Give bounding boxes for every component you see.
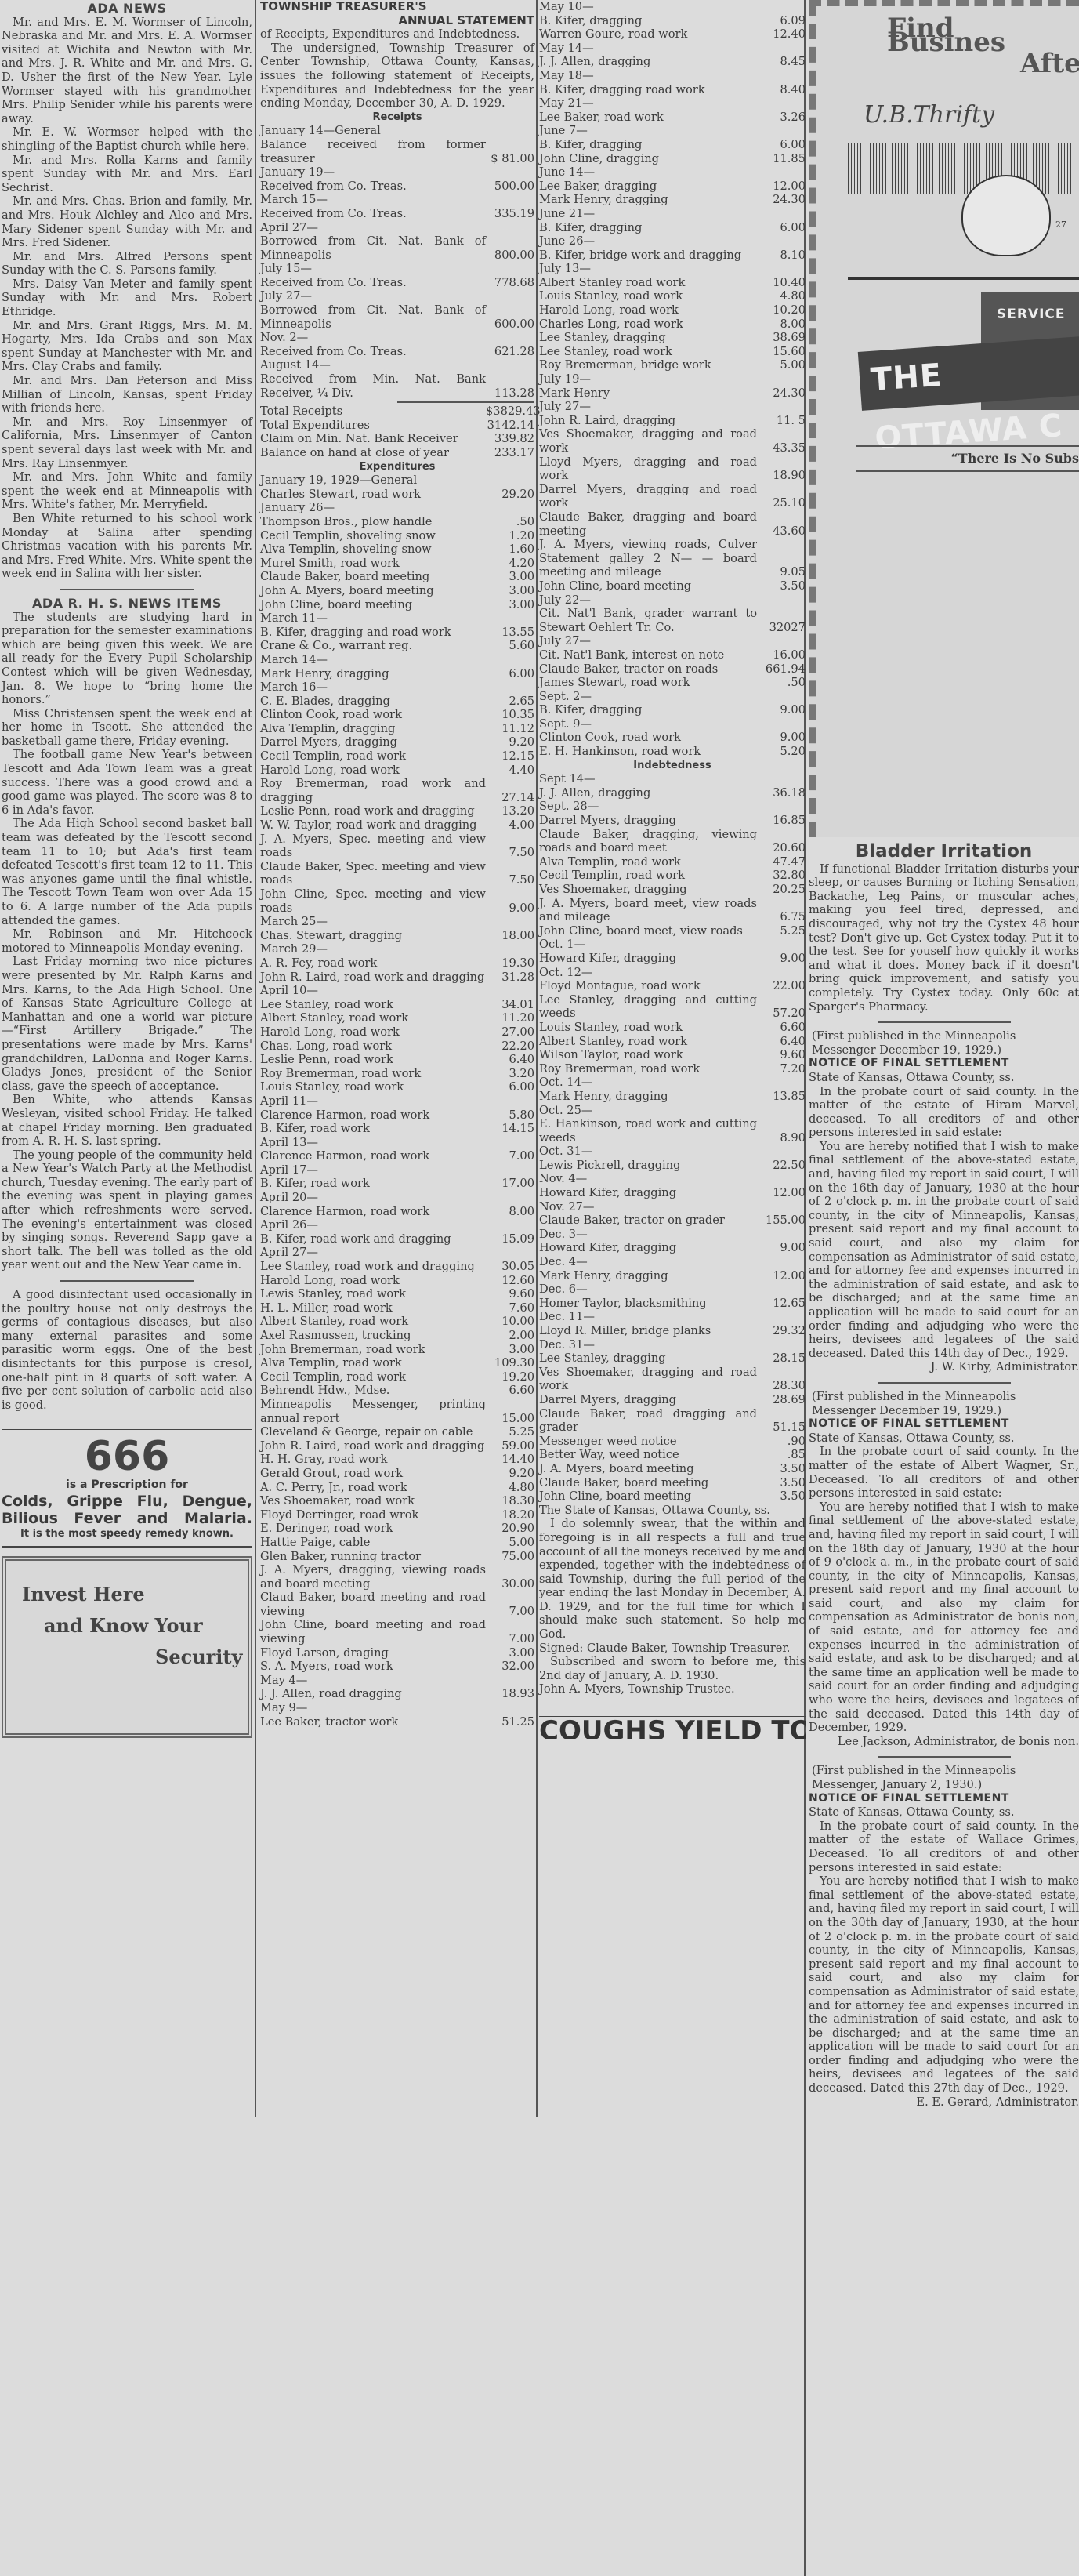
notice-state: State of Kansas, Ottawa County, ss. (809, 1431, 1079, 1446)
ledger-amount: 10.20 (757, 303, 806, 317)
ledger-amount: 7.00 (486, 1605, 534, 1619)
separator-rule (878, 1756, 1011, 1758)
ledger-amount: 47.47 (757, 855, 806, 869)
ledger-description: Received from Co. Treas. (260, 180, 486, 194)
ledger-row: Floyd Derringer, road wrok18.20 (260, 1508, 534, 1522)
notice-state: State of Kansas, Ottawa County, ss. (809, 1805, 1079, 1820)
ledger-description: Claude Baker, board meeting (539, 1476, 757, 1490)
statement-subtitle: of Receipts, Expenditures and Indebtedne… (260, 27, 534, 42)
ledger-row: B. Kifer, bridge work and dragging8.10 (539, 249, 806, 263)
notice-signer: E. E. Gerard, Administrator. (809, 2095, 1079, 2110)
ledger-amount: 6.00 (486, 667, 534, 681)
ledger-amount: .90 (757, 1435, 806, 1449)
ledger-amount: 6.60 (486, 1384, 534, 1398)
ledger-description: Howard Kifer, dragging (539, 1241, 757, 1255)
ledger-amount: 31.28 (486, 971, 534, 985)
thrifty-bank-advertisement: Find Busines Afte U.B.Thrifty 27 SERVICE… (809, 0, 1079, 837)
ledger-row: H. H. Gray, road work14.40 (260, 1453, 534, 1467)
ledger-amount: 11. 5 (757, 414, 806, 428)
article-heading: ADA NEWS (2, 2, 252, 16)
thrifty-signature: U.B.Thrifty (864, 108, 994, 122)
ledger-amount: 12.40 (757, 27, 806, 42)
publication-note: (First published in the Minneapolis Mess… (809, 1390, 1079, 1417)
ledger-row: Wilson Taylor, road work9.60 (539, 1048, 806, 1062)
ledger-date: July 15— (260, 262, 534, 276)
ledger-row: John R. Laird, dragging11. 5 (539, 414, 806, 428)
ledger-row: Lee Stanley, road work15.60 (539, 345, 806, 359)
ledger-description: Chas. Stewart, dragging (260, 929, 486, 943)
ledger-row: Lee Stanley, dragging and cutting weeds5… (539, 993, 806, 1021)
ledger-description: Alva Templin, road work (260, 1356, 486, 1370)
ledger-amount: 18.90 (757, 469, 806, 483)
ledger-description: Roy Bremerman, road work (539, 1062, 757, 1076)
ledger-amount: 9.60 (757, 1048, 806, 1062)
ledger-description: Murel Smith, road work (260, 557, 486, 571)
ledger-date: Dec. 4— (539, 1255, 806, 1269)
ledger-description: B. Kifer, dragging (539, 221, 757, 235)
ledger-description: Louis Stanley, road work (260, 1080, 486, 1094)
ledger-row: E. Hankinson, road work and cutting weed… (539, 1117, 806, 1145)
ledger-description: Chas. Long, road work (260, 1039, 486, 1054)
ledger-amount: 19.30 (486, 956, 534, 971)
oath-state: The State of Kansas, Ottawa County, ss. (539, 1504, 806, 1518)
ledger-amount: 600.00 (486, 317, 534, 332)
ledger-amount: 113.28 (486, 386, 534, 401)
ledger-description: Cleveland & George, repair on cable (260, 1425, 486, 1439)
ledger-date: Nov. 4— (539, 1172, 806, 1186)
ledger-row: E. H. Hankinson, road work5.20 (539, 745, 806, 759)
ledger-amount: .50 (757, 676, 806, 690)
ledger-description: Mark Henry, dragging (539, 1090, 757, 1104)
ledger-amount: 59.00 (486, 1439, 534, 1453)
ledger-date: Sept. 2— (539, 690, 806, 704)
statement-intro: The undersigned, Township Treasurer of C… (260, 42, 534, 111)
ledger-amount: 109.30 (486, 1356, 534, 1370)
notice-state: State of Kansas, Ottawa County, ss. (809, 1071, 1079, 1085)
ledger-description: Roy Bremerman, road work and dragging (260, 777, 486, 804)
ledger-row: H. L. Miller, road work7.60 (260, 1301, 534, 1315)
illness-word: Flu, (137, 1493, 168, 1510)
ledger-description: John Cline, board meeting (539, 1489, 757, 1504)
ledger-row: Albert Stanley, road work11.20 (260, 1011, 534, 1025)
ledger-description: J. A. Myers, board meet, view roads and … (539, 897, 757, 924)
ledger-description: Crane & Co., warrant reg. (260, 639, 486, 653)
ledger-amount: 335.19 (486, 207, 534, 221)
ledger-row: Mark Henry24.30 (539, 386, 806, 401)
ledger-date: June 21— (539, 207, 806, 221)
ledger-amount: 3.50 (757, 1462, 806, 1476)
ledger-description: Cecil Templin, road work (539, 869, 757, 883)
ledger-amount: 5.80 (486, 1108, 534, 1123)
ledger-description: Received from Co. Treas. (260, 345, 486, 359)
paragraph: Ben White returned to his school work Mo… (2, 512, 252, 581)
ledger-date: Sept. 9— (539, 717, 806, 731)
ad-slogan: “There Is No Subs (856, 445, 1079, 472)
ledger-date: Dec. 3— (539, 1228, 806, 1242)
paragraph: Mr. and Mrs. Rolla Karns and family spen… (2, 154, 252, 195)
ledger-amount: 22.00 (757, 979, 806, 993)
ledger-row: Darrel Myers, dragging9.20 (260, 735, 534, 749)
ledger-description: J. A. Myers, dragging, viewing roads and… (260, 1563, 486, 1591)
ledger-amount: 621.28 (486, 345, 534, 359)
ledger-date: April 27— (260, 1246, 534, 1260)
ledger-date: Oct. 12— (539, 966, 806, 980)
ledger-row: Cecil Templin, road work12.15 (260, 749, 534, 764)
ledger-description: Alva Templin, road work (539, 855, 757, 869)
ledger-row: Lee Stanley, road work and dragging30.05 (260, 1260, 534, 1274)
separator-rule (878, 1021, 1011, 1023)
ledger-row: John Cline, board meeting3.00 (260, 598, 534, 612)
ledger-amount: 20.90 (486, 1522, 534, 1536)
ad-666-illness-row: Colds,GrippeFlu,Dengue, (2, 1493, 252, 1510)
ledger-date: July 13— (539, 262, 806, 276)
paragraph: Mr. and Mrs. E. M. Wormser of Lincoln, N… (2, 16, 252, 126)
ledger-date: May 4— (260, 1674, 534, 1688)
ledger-amount: 9.60 (486, 1287, 534, 1301)
ledger-description: H. L. Miller, road work (260, 1301, 486, 1315)
ad-666-subtitle: is a Prescription for (2, 1478, 252, 1493)
ledger-row: Minneapolis Messenger, printing annual r… (260, 1398, 534, 1425)
ledger-description: Clarence Harmon, road work (260, 1108, 486, 1123)
ledger-row: B. Kifer, dragging6.09 (539, 14, 806, 28)
newspaper-page: ADA NEWS Mr. and Mrs. E. M. Wormser of L… (0, 0, 1079, 2576)
invest-line-2: and Know Your (44, 1619, 203, 1633)
ledger-description: Lee Stanley, road work (539, 345, 757, 359)
ledger-row: Lee Baker, tractor work51.25 (260, 1715, 534, 1729)
ledger-amount: 9.20 (486, 1467, 534, 1481)
ledger-row: Cecil Templin, road work19.20 (260, 1370, 534, 1384)
ledger-row: Glen Baker, running tractor75.00 (260, 1550, 534, 1564)
ledger-row: James Stewart, road work.50 (539, 676, 806, 690)
ledger-description: Mark Henry (539, 386, 757, 401)
ledger-description: Alva Templin, shoveling snow (260, 542, 486, 557)
ledger-description: H. H. Gray, road work (260, 1453, 486, 1467)
paragraph: Miss Christensen spent the week end at h… (2, 707, 252, 749)
ledger-amount: 3142.14 (486, 419, 534, 433)
ledger-amount: 30.05 (486, 1260, 534, 1274)
ledger-description: Lee Baker, dragging (539, 180, 757, 194)
ledger-description: B. Kifer, dragging (539, 14, 757, 28)
ledger-row: J. J. Allen, dragging8.45 (539, 55, 806, 69)
ledger-row: J. A. Myers, board meeting3.50 (539, 1462, 806, 1476)
paragraph: The Ada High School second basket ball t… (2, 817, 252, 927)
ledger-row: John Cline, board meeting3.50 (539, 579, 806, 593)
ledger-description: Ves Shoemaker, dragging and road work (539, 427, 757, 455)
ledger-date: April 17— (260, 1163, 534, 1177)
ledger-row: B. Kifer, dragging6.00 (539, 138, 806, 152)
illness-word: Grippe (67, 1493, 123, 1510)
ledger-amount: 5.00 (486, 1536, 534, 1550)
ledger-row: Claude Baker, tractor on roads661.94 (539, 662, 806, 677)
separator-rule (60, 1280, 194, 1282)
ledger-row: B. Kifer, dragging road work8.40 (539, 83, 806, 97)
ledger-amount: 3.26 (757, 111, 806, 125)
ledger-description: Harold Long, road work (260, 1274, 486, 1288)
ledger-description: Received from Min. Nat. Bank Receiver, ¼… (260, 372, 486, 400)
ledger-amount: 3.00 (486, 570, 534, 584)
ledger-amount: 6.60 (757, 1021, 806, 1035)
oath-text: I do solemnly swear, that the within and… (539, 1517, 806, 1641)
statement-title-2: ANNUAL STATEMENT (260, 14, 534, 28)
ledger-amount: 27.14 (486, 791, 534, 805)
paragraph: Last Friday morning two nice pictures we… (2, 955, 252, 1093)
ledger-row: Received from Co. Treas.621.28 (260, 345, 534, 359)
ledger-date: March 16— (260, 680, 534, 695)
ledger-row: B. Kifer, dragging6.00 (539, 221, 806, 235)
ledger-row: Total Receipts$3829.43 (260, 405, 534, 419)
ledger-description: Behrendt Hdw., Mdse. (260, 1384, 486, 1398)
ledger-row: John R. Laird, road work and dragging59.… (260, 1439, 534, 1453)
ledger-date: Dec. 6— (539, 1283, 806, 1297)
ledger-row: Warren Goure, road work12.40 (539, 27, 806, 42)
ledger-date: April 27— (260, 221, 534, 235)
ledger-amount: 9.00 (486, 902, 534, 916)
ledger-amount: 800.00 (486, 249, 534, 263)
ledger-amount: 7.00 (486, 1149, 534, 1163)
ledger-row: John Cline, board meeting3.50 (539, 1489, 806, 1504)
ledger-row: E. Deringer, road work20.90 (260, 1522, 534, 1536)
ledger-row: Borrowed from Cit. Nat. Bank of Minneapo… (260, 234, 534, 262)
ledger-date: January 19— (260, 165, 534, 180)
ledger-amount: 43.60 (757, 524, 806, 539)
ledger-description: Cit. Nat'l Bank, interest on note (539, 648, 757, 662)
column-local-news: ADA NEWS Mr. and Mrs. E. M. Wormser of L… (2, 0, 252, 1738)
ledger-description: Darrel Myers, dragging (539, 1393, 757, 1407)
ledger-row: Ves Shoemaker, dragging and road work28.… (539, 1366, 806, 1393)
ledger-row: J. J. Allen, dragging36.18 (539, 786, 806, 800)
legal-notice: (First published in the Minneapolis Mess… (809, 1021, 1079, 1374)
ledger-amount: 1.60 (486, 542, 534, 557)
ledger-amount: 15.09 (486, 1232, 534, 1246)
ledger-row: Floyd Montague, road work22.00 (539, 979, 806, 993)
ledger-description: John R. Laird, dragging (539, 414, 757, 428)
ledger-row: Harold Long, road work10.20 (539, 303, 806, 317)
ledger-row: Claude Baker, road dragging and grader51… (539, 1407, 806, 1435)
ledger-row: A. R. Fey, road work19.30 (260, 956, 534, 971)
ledger-description: Better Way, weed notice (539, 1448, 757, 1462)
ledger-description: Clarence Harmon, road work (260, 1149, 486, 1163)
ledger-description: Darrel Myers, dragging (260, 735, 486, 749)
ledger-amount: 5.60 (486, 639, 534, 653)
ledger-amount: 6.40 (757, 1035, 806, 1049)
ledger-row: Darrel Myers, dragging and road work25.1… (539, 483, 806, 510)
ledger-row: Messenger weed notice.90 (539, 1435, 806, 1449)
ledger-amount: 14.40 (486, 1453, 534, 1467)
ledger-row: Lewis Pickrell, dragging22.50 (539, 1159, 806, 1173)
ledger-row: John A. Myers, board meeting3.00 (260, 584, 534, 598)
ada-news-article: ADA NEWS Mr. and Mrs. E. M. Wormser of L… (2, 2, 252, 581)
ledger-amount: 7.60 (486, 1301, 534, 1315)
ledger-amount: 155.00 (757, 1214, 806, 1228)
ledger-amount: 20.25 (757, 883, 806, 897)
poultry-disinfectant-item: A good disinfectant used occasionally in… (2, 1288, 252, 1412)
ledger-row: Received from Co. Treas.778.68 (260, 276, 534, 290)
ledger-date: January 26— (260, 501, 534, 515)
ledger-amount: 12.60 (486, 1274, 534, 1288)
ledger-description: B. Kifer, road work (260, 1122, 486, 1136)
ledger-description: Louis Stanley, road work (539, 289, 757, 303)
ledger-amount: 4.00 (486, 818, 534, 833)
ledger-description: Clarence Harmon, road work (260, 1205, 486, 1219)
ledger-description: John Cline, board meeting and road viewi… (260, 1618, 486, 1645)
ledger-description: Harold Long, road work (539, 303, 757, 317)
ledger-amount: 32.80 (757, 869, 806, 883)
ledger-row: Clinton Cook, road work9.00 (539, 731, 806, 745)
ledger-amount: 3.00 (486, 1343, 534, 1357)
ledger-description: Gerald Grout, road work (260, 1467, 486, 1481)
ledger-description: Albert Stanley, road work (539, 1035, 757, 1049)
total-rule (397, 401, 534, 403)
ledger-date: May 21— (539, 96, 806, 111)
ledger-row: Charles Long, road work8.00 (539, 317, 806, 332)
ledger-row: Howard Kifer, dragging9.00 (539, 1241, 806, 1255)
treasurer-signature: Signed: Claude Baker, Township Treasurer… (539, 1642, 806, 1656)
ledger-description: Cit. Nat'l Bank, grader warrant to Stewa… (539, 607, 757, 634)
bank-name-banner: THE OTTAWA C (858, 335, 1079, 411)
paragraph: Mr. and Mrs. John White and family spent… (2, 470, 252, 512)
ledger-row: Roy Bremerman, road work7.20 (539, 1062, 806, 1076)
ledger-row: Lee Baker, dragging12.00 (539, 180, 806, 194)
separator-rule (878, 1382, 1011, 1384)
legal-notice: (First published in the Minneapolis Mess… (809, 1756, 1079, 2109)
ledger-amount: 28.30 (757, 1379, 806, 1393)
ledger-description: Mark Henry, dragging (539, 1269, 757, 1283)
column-rule (536, 0, 538, 2117)
legal-notices: (First published in the Minneapolis Mess… (809, 1021, 1079, 2109)
ledger-description: John Cline, Spec. meeting and view roads (260, 887, 486, 915)
ledger-description: Harold Long, road work (260, 1025, 486, 1039)
bladder-advertisement: Bladder Irritation If functional Bladder… (809, 845, 1079, 1014)
ledger-row: Harold Long, road work12.60 (260, 1274, 534, 1288)
ledger-row: Claude Baker, board meeting3.00 (260, 570, 534, 584)
ledger-description: J. J. Allen, dragging (539, 55, 757, 69)
paragraph: Mr. E. W. Wormser helped with the shingl… (2, 125, 252, 153)
ledger-row: Lloyd R. Miller, bridge planks29.32 (539, 1324, 806, 1338)
ledger-description: S. A. Myers, road work (260, 1660, 486, 1674)
ledger-row: Alva Templin, road work109.30 (260, 1356, 534, 1370)
ledger-row: Claud Baker, board meeting and road view… (260, 1591, 534, 1618)
ledger-description: Howard Kifer, dragging (539, 1186, 757, 1200)
ledger-amount: .50 (486, 515, 534, 529)
ledger-row: Ves Shoemaker, road work18.30 (260, 1494, 534, 1508)
notice-title: NOTICE OF FINAL SETTLEMENT (809, 1792, 1079, 1806)
ledger-description: Alva Templin, dragging (260, 722, 486, 736)
ledger-amount: 24.30 (757, 193, 806, 207)
expenditures-list-continued: May 10—B. Kifer, dragging6.09Warren Gour… (539, 0, 806, 759)
ledger-row: J. A. Myers, board meet, view roads and … (539, 897, 806, 924)
ledger-amount: 12.15 (486, 749, 534, 764)
ledger-description: Total Receipts (260, 405, 486, 419)
ledger-row: Darrel Myers, dragging28.69 (539, 1393, 806, 1407)
ledger-description: Floyd Montague, road work (539, 979, 757, 993)
ledger-description: Thompson Bros., plow handle (260, 515, 486, 529)
ledger-date: August 14— (260, 358, 534, 372)
ledger-amount: 4.20 (486, 557, 534, 571)
ledger-description: Axel Rasmussen, trucking (260, 1329, 486, 1343)
ledger-amount: 15.00 (486, 1412, 534, 1426)
ledger-description: Balance on hand at close of year (260, 446, 486, 460)
subscribed-text: Subscribed and sworn to before me, this … (539, 1655, 806, 1682)
ledger-amount: 28.69 (757, 1393, 806, 1407)
ledger-description: Claude Baker, tractor on roads (539, 662, 757, 677)
ledger-description: Louis Stanley, road work (539, 1021, 757, 1035)
ledger-row: Balance on hand at close of year233.17 (260, 446, 534, 460)
ledger-description: Harold Long, road work (260, 764, 486, 778)
ledger-description: Charles Long, road work (539, 317, 757, 332)
cartoon-man-face (961, 175, 1051, 256)
illness-word: Dengue, (183, 1493, 252, 1510)
ledger-amount: 9.05 (757, 565, 806, 579)
ledger-description: B. Kifer, dragging (539, 703, 757, 717)
ledger-amount: 5.25 (757, 924, 806, 938)
ledger-description: Claude Baker, road dragging and grader (539, 1407, 757, 1435)
indebtedness-heading: Indebtedness (539, 759, 806, 773)
ledger-description: Roy Bremerman, road work (260, 1067, 486, 1081)
notice-title: NOTICE OF FINAL SETTLEMENT (809, 1417, 1079, 1431)
ledger-date: June 7— (539, 124, 806, 138)
ledger-amount: 30.00 (486, 1577, 534, 1591)
ledger-description: Cecil Templin, road work (260, 749, 486, 764)
ledger-description: Floyd Derringer, road wrok (260, 1508, 486, 1522)
ledger-date: July 19— (539, 372, 806, 386)
ledger-row: Borrowed from Cit. Nat. Bank of Minneapo… (260, 303, 534, 331)
ledger-row: Claude Baker, dragging, viewing roads an… (539, 828, 806, 855)
ledger-amount: 661.94 (757, 662, 806, 677)
ledger-row: Balance received from former treasurer$ … (260, 138, 534, 165)
coughs-advertisement: COUGHS YIELD TO (539, 1714, 806, 1739)
ledger-row: B. Kifer, dragging and road work13.55 (260, 626, 534, 640)
ledger-row: Claim on Min. Nat. Bank Receiver339.82 (260, 432, 534, 446)
ledger-amount: 43.35 (757, 441, 806, 455)
ledger-amount: 13.85 (757, 1090, 806, 1104)
ledger-date: July 27— (260, 289, 534, 303)
article-body: The students are studying hard in prepar… (2, 611, 252, 1273)
ledger-description: Albert Stanley, road work (260, 1315, 486, 1329)
ledger-row: Lewis Stanley, road work9.60 (260, 1287, 534, 1301)
ledger-description: James Stewart, road work (539, 676, 757, 690)
ledger-amount: 22.50 (757, 1159, 806, 1173)
ledger-amount: 6.75 (757, 910, 806, 924)
ledger-date: March 14— (260, 653, 534, 667)
ledger-date: Oct. 14— (539, 1076, 806, 1090)
ledger-row: Darrel Myers, dragging16.85 (539, 814, 806, 828)
ledger-amount: 51.15 (757, 1420, 806, 1435)
ledger-row: Charles Stewart, road work29.20 (260, 488, 534, 502)
ledger-description: John A. Myers, board meeting (260, 584, 486, 598)
ledger-description: Warren Goure, road work (539, 27, 757, 42)
notice-title: NOTICE OF FINAL SETTLEMENT (809, 1057, 1079, 1071)
ledger-description: J. A. Myers, Spec. meeting and view road… (260, 833, 486, 860)
ledger-amount: 25.10 (757, 496, 806, 510)
ledger-row: Claude Baker, Spec. meeting and view roa… (260, 860, 534, 887)
ledger-date: Oct. 31— (539, 1145, 806, 1159)
ledger-description: E. H. Hankinson, road work (539, 745, 757, 759)
ledger-amount: 8.10 (757, 249, 806, 263)
ledger-amount: 500.00 (486, 180, 534, 194)
illness-word: Malaria. (184, 1510, 252, 1527)
ledger-amount: 18.93 (486, 1687, 534, 1701)
ledger-description: Claim on Min. Nat. Bank Receiver (260, 432, 486, 446)
ledger-amount: 12.65 (757, 1297, 806, 1311)
paragraph: The football game New Year's between Tes… (2, 748, 252, 817)
ledger-description: B. Kifer, dragging and road work (260, 626, 486, 640)
ledger-amount: 1.20 (486, 529, 534, 543)
ledger-date: April 13— (260, 1136, 534, 1150)
trustee-signature: John A. Myers, Township Trustee. (539, 1682, 806, 1696)
ledger-amount: 32.00 (486, 1660, 534, 1674)
ledger-row: John Cline, board meet, view roads5.25 (539, 924, 806, 938)
ledger-date: April 11— (260, 1094, 534, 1108)
